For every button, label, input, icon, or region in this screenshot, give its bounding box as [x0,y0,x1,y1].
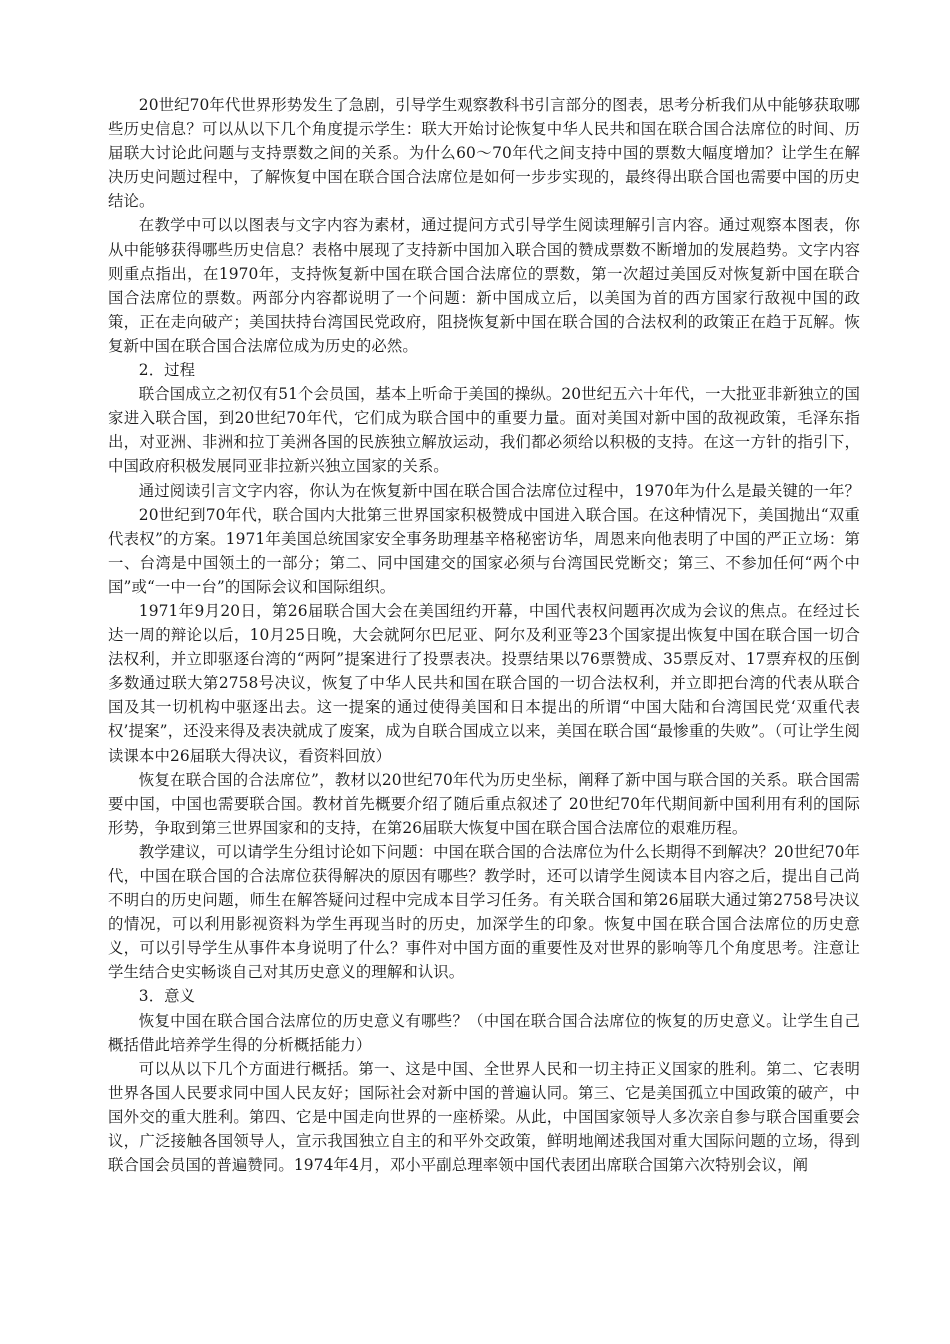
paragraph-1970-question: 通过阅读引言文字内容，你认为在恢复新中国在联合国合法席位过程中，1970年为什么… [108,479,860,503]
paragraph-intro-question: 20世纪70年代世界形势发生了急剧，引导学生观察教科书引言部分的图表，思考分析我… [108,93,860,213]
section-heading-process: 2．过程 [108,358,860,382]
paragraph-significance-question: 恢复中国在联合国合法席位的历史意义有哪些？（中国在联合国合法席位的恢复的历史意义… [108,1009,860,1057]
paragraph-significance-summary: 可以从以下几个方面进行概括。第一、这是中国、全世界人民和一切主持正义国家的胜利。… [108,1057,860,1177]
section-heading-significance: 3．意义 [108,984,860,1008]
paragraph-dual-representation: 20世纪到70年代，联合国内大批第三世界国家积极赞成中国进入联合国。在这种情况下… [108,503,860,599]
paragraph-teaching-chart: 在教学中可以以图表与文字内容为素材，通过提问方式引导学生阅读理解引言内容。通过观… [108,213,860,358]
document-page: 20世纪70年代世界形势发生了急剧，引导学生观察教科书引言部分的图表，思考分析我… [108,93,860,1177]
paragraph-un-founding: 联合国成立之初仅有51个会员国，基本上听命于美国的操纵。20世纪五六十年代，一大… [108,382,860,478]
paragraph-teaching-suggestion: 教学建议，可以请学生分组讨论如下问题：中国在联合国的合法席位为什么长期得不到解决… [108,840,860,985]
paragraph-resolution-2758: 1971年9月20日，第26届联合国大会在美国纽约开幕，中国代表权问题再次成为会… [108,599,860,768]
paragraph-textbook-summary: 恢复在联合国的合法席位”，教材以20世纪70年代为历史坐标，阐释了新中国与联合国… [108,768,860,840]
